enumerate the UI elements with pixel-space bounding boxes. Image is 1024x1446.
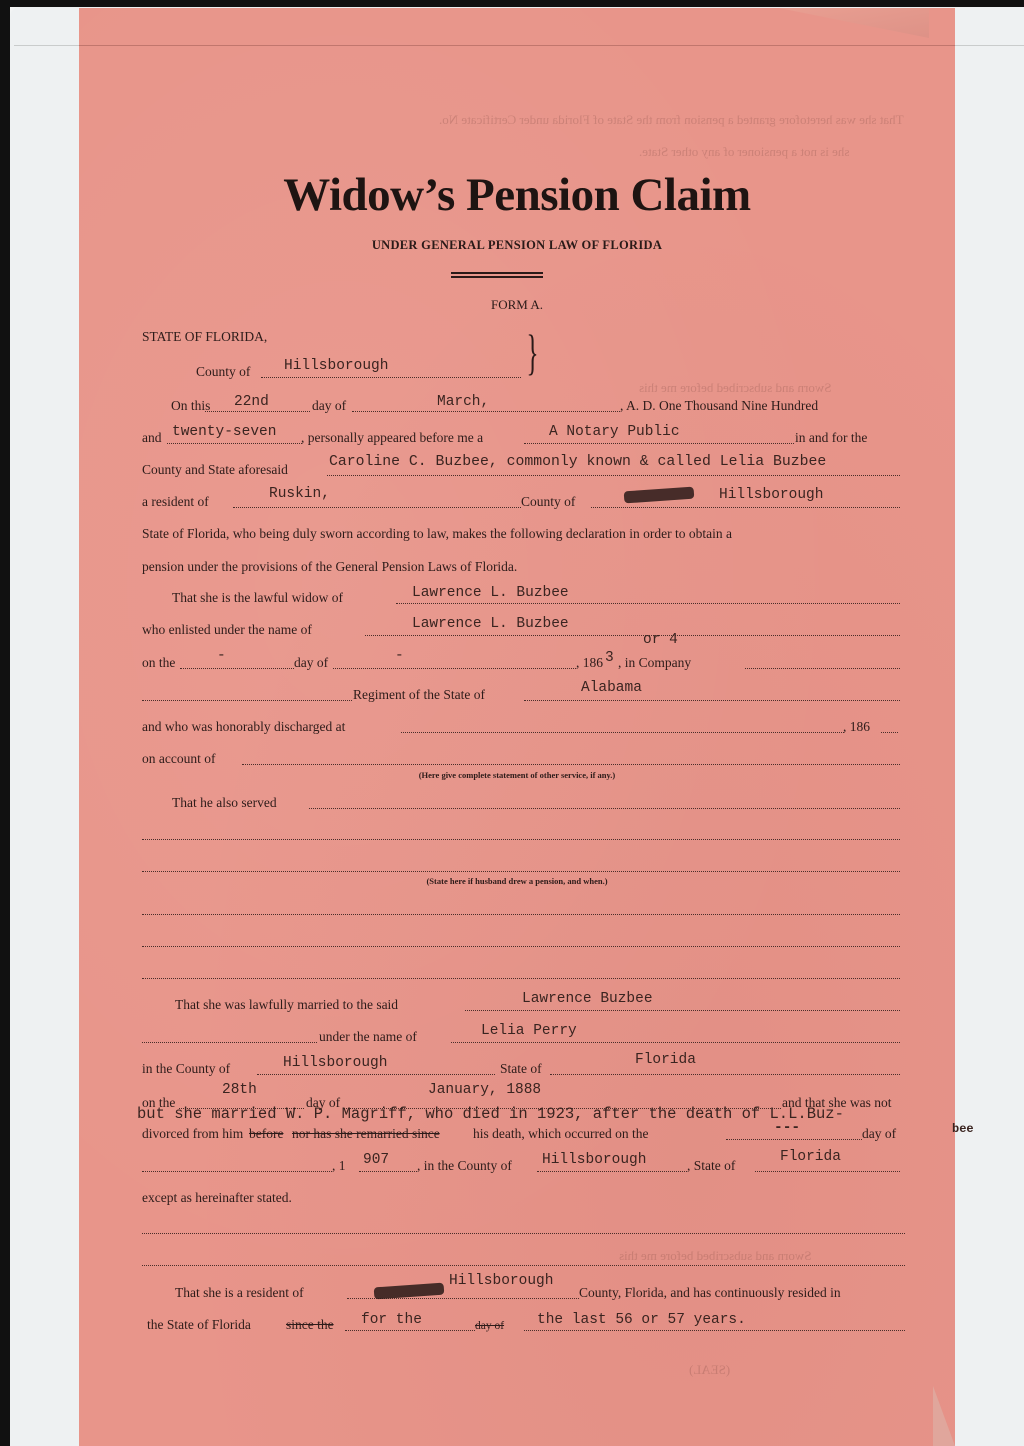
death-county-label: , in the County of bbox=[417, 1158, 512, 1174]
blank-line-5 bbox=[142, 1265, 905, 1266]
except-label: except as hereinafter stated. bbox=[142, 1190, 292, 1206]
enlist-day-field[interactable]: - bbox=[217, 648, 226, 664]
enlist-month-field[interactable]: - bbox=[395, 648, 404, 664]
bleed-through-text: Sworn and subscribed before me this bbox=[639, 380, 831, 396]
struck-remarried: nor has she remarried since bbox=[292, 1126, 440, 1142]
enlist-day-field-line bbox=[180, 668, 294, 669]
title-double-rule bbox=[451, 272, 543, 278]
redacted-scribble bbox=[374, 1280, 444, 1299]
enlisted-name-field[interactable]: Lawrence L. Buzbee bbox=[412, 616, 569, 632]
married-husband-field-line bbox=[465, 1010, 900, 1011]
in-for-label: in and for the bbox=[795, 430, 867, 446]
typed-insert-tail: bee bbox=[952, 1122, 974, 1136]
resident-label: a resident of bbox=[142, 494, 209, 510]
residence-field[interactable]: Ruskin, bbox=[269, 486, 330, 502]
duration-field-line bbox=[524, 1330, 905, 1331]
married-husband-field[interactable]: Lawrence Buzbee bbox=[522, 991, 653, 1007]
also-served-line2 bbox=[142, 839, 900, 840]
residence-county-field-line bbox=[591, 507, 900, 508]
residence-label: That she is a resident of bbox=[175, 1285, 304, 1301]
company-field-line bbox=[745, 668, 900, 669]
residence-county-field2[interactable]: Hillsborough bbox=[449, 1273, 553, 1289]
aforesaid-label: County and State aforesaid bbox=[142, 462, 288, 478]
blank-line-3 bbox=[142, 978, 900, 979]
scan-frame-top bbox=[0, 0, 1024, 7]
discharge-year-label: , 186 bbox=[843, 719, 870, 735]
document-title: Widow’s Pension Claim bbox=[79, 168, 955, 222]
death-state-field[interactable]: Florida bbox=[780, 1149, 841, 1165]
document-subtitle: UNDER GENERAL PENSION LAW OF FLORIDA bbox=[79, 238, 955, 253]
death-day-field[interactable]: --- bbox=[774, 1120, 800, 1136]
officer-field[interactable]: A Notary Public bbox=[549, 424, 680, 440]
marriage-date-field[interactable]: January, 1888 bbox=[428, 1082, 541, 1098]
and-label: and bbox=[142, 430, 162, 446]
day-field[interactable]: 22nd bbox=[234, 394, 269, 410]
paper-corner-fold bbox=[933, 1386, 955, 1446]
death-year-prefix: , 1 bbox=[332, 1158, 346, 1174]
widow-label: That she is the lawful widow of bbox=[172, 590, 343, 606]
under-name-label: under the name of bbox=[319, 1029, 417, 1045]
also-served-field-line bbox=[309, 808, 900, 809]
under-name-prefix-line bbox=[142, 1042, 317, 1043]
death-state-field-line bbox=[755, 1171, 900, 1172]
residence-field-line bbox=[233, 507, 521, 508]
company-label: , in Company bbox=[618, 655, 691, 671]
for-the-field-line bbox=[345, 1330, 475, 1331]
redacted-scribble bbox=[624, 484, 694, 503]
death-label: his death, which occurred on the bbox=[473, 1126, 648, 1142]
regiment-state-field[interactable]: Alabama bbox=[581, 680, 642, 696]
sworn-text-line2: pension under the provisions of the Gene… bbox=[142, 559, 517, 575]
blank-line-2 bbox=[142, 946, 900, 947]
county-of-label: County of bbox=[521, 494, 575, 510]
year-prefix: , 186 bbox=[576, 655, 603, 671]
state-field-line bbox=[524, 700, 900, 701]
paper-top-fold bbox=[779, 8, 929, 38]
blank-line-4 bbox=[142, 1233, 905, 1234]
struck-before: before bbox=[249, 1126, 283, 1142]
county-label: County of bbox=[196, 364, 250, 380]
account-label: on account of bbox=[142, 751, 215, 767]
death-day-of-label: day of bbox=[862, 1126, 896, 1142]
pension-form-sheet: That she was heretofore granted a pensio… bbox=[79, 8, 955, 1446]
month-field-line bbox=[352, 411, 620, 412]
county-field[interactable]: Hillsborough bbox=[284, 358, 388, 374]
bleed-through-seal: (SEAL) bbox=[689, 1362, 730, 1378]
paper-fold-line bbox=[79, 45, 955, 46]
death-county-field-line bbox=[537, 1171, 687, 1172]
county-field-line bbox=[261, 377, 521, 378]
bleed-through-text: Sworn and subscribed before me this bbox=[619, 1248, 811, 1264]
enlisted-label: who enlisted under the name of bbox=[142, 622, 312, 638]
death-year-field[interactable]: 907 bbox=[363, 1152, 389, 1168]
scan-frame-left bbox=[0, 0, 10, 1446]
month-field[interactable]: March, bbox=[437, 394, 489, 410]
struck-since-the: since the bbox=[286, 1317, 334, 1333]
maiden-name-field[interactable]: Lelia Perry bbox=[481, 1023, 577, 1039]
enlist-year-alt-field[interactable]: or 4 bbox=[643, 632, 678, 648]
marriage-state-field-line bbox=[550, 1074, 900, 1075]
year-field-line bbox=[167, 443, 302, 444]
marriage-state-field[interactable]: Florida bbox=[635, 1052, 696, 1068]
married-label: That she was lawfully married to the sai… bbox=[175, 997, 398, 1013]
regiment-label: Regiment of the State of bbox=[353, 687, 485, 703]
maiden-name-field-line bbox=[451, 1042, 900, 1043]
claimant-name-field[interactable]: Caroline C. Buzbee, commonly known & cal… bbox=[329, 454, 826, 470]
marriage-county-field-line bbox=[257, 1074, 495, 1075]
marriage-state-label: State of bbox=[500, 1061, 542, 1077]
appeared-label: , personally appeared before me a bbox=[301, 430, 483, 446]
blank-line-1 bbox=[142, 914, 900, 915]
enlisted-name-field-line bbox=[365, 635, 900, 636]
marriage-county-field[interactable]: Hillsborough bbox=[283, 1055, 387, 1071]
enlist-month-field-line bbox=[333, 668, 576, 669]
day-field-line bbox=[205, 411, 310, 412]
death-year-field-line bbox=[359, 1171, 417, 1172]
struck-day-of: day of bbox=[475, 1320, 504, 1332]
also-served-line3 bbox=[142, 871, 900, 872]
discharged-label: and who was honorably discharged at bbox=[142, 719, 345, 735]
bleed-through-text: That she was heretofore granted a pensio… bbox=[439, 112, 904, 128]
residence-county-field[interactable]: Hillsborough bbox=[719, 487, 823, 503]
death-state-label: , State of bbox=[687, 1158, 735, 1174]
officer-field-line bbox=[524, 443, 794, 444]
discharged-field-line bbox=[401, 732, 844, 733]
duration-field[interactable]: the last 56 or 57 years. bbox=[537, 1312, 746, 1328]
bleed-through-text: she is not a pensioner of any other Stat… bbox=[639, 144, 849, 160]
enlist-year-field[interactable]: 3 bbox=[605, 650, 614, 666]
sworn-text-line1: State of Florida, who being duly sworn a… bbox=[142, 526, 732, 542]
account-field-line bbox=[242, 764, 900, 765]
divorced-label: divorced from him bbox=[142, 1126, 243, 1142]
residence-state-label: the State of Florida bbox=[147, 1317, 251, 1333]
residence-county-suffix: County, Florida, and has continuously re… bbox=[579, 1285, 841, 1301]
death-county-field[interactable]: Hillsborough bbox=[542, 1152, 646, 1168]
husband-field-line bbox=[396, 603, 900, 604]
death-month-field-line bbox=[142, 1171, 332, 1172]
ad-label: , A. D. One Thousand Nine Hundred bbox=[620, 398, 818, 414]
regiment-field-line bbox=[142, 700, 352, 701]
for-the-field[interactable]: for the bbox=[361, 1312, 422, 1328]
other-service-note: (Here give complete statement of other s… bbox=[79, 770, 955, 780]
form-label: FORM A. bbox=[79, 297, 955, 313]
day-of-label: day of bbox=[294, 655, 328, 671]
also-served-label: That he also served bbox=[172, 795, 277, 811]
state-label: STATE OF FLORIDA, bbox=[142, 329, 267, 345]
day-of-label: day of bbox=[312, 398, 346, 414]
pension-note: (State here if husband drew a pension, a… bbox=[79, 876, 955, 886]
marriage-county-label: in the County of bbox=[142, 1061, 230, 1077]
venue-brace: } bbox=[527, 326, 532, 378]
claimant-field-line bbox=[327, 475, 900, 476]
year-field[interactable]: twenty-seven bbox=[172, 424, 276, 440]
death-day-field-line bbox=[726, 1139, 862, 1140]
on-the-label: on the bbox=[142, 655, 175, 671]
husband-field[interactable]: Lawrence L. Buzbee bbox=[412, 585, 569, 601]
typed-insert-remarriage[interactable]: but she married W. P. Magriff, who died … bbox=[137, 1105, 844, 1123]
marriage-day-field[interactable]: 28th bbox=[222, 1082, 257, 1098]
discharge-year-field-line bbox=[881, 732, 898, 733]
